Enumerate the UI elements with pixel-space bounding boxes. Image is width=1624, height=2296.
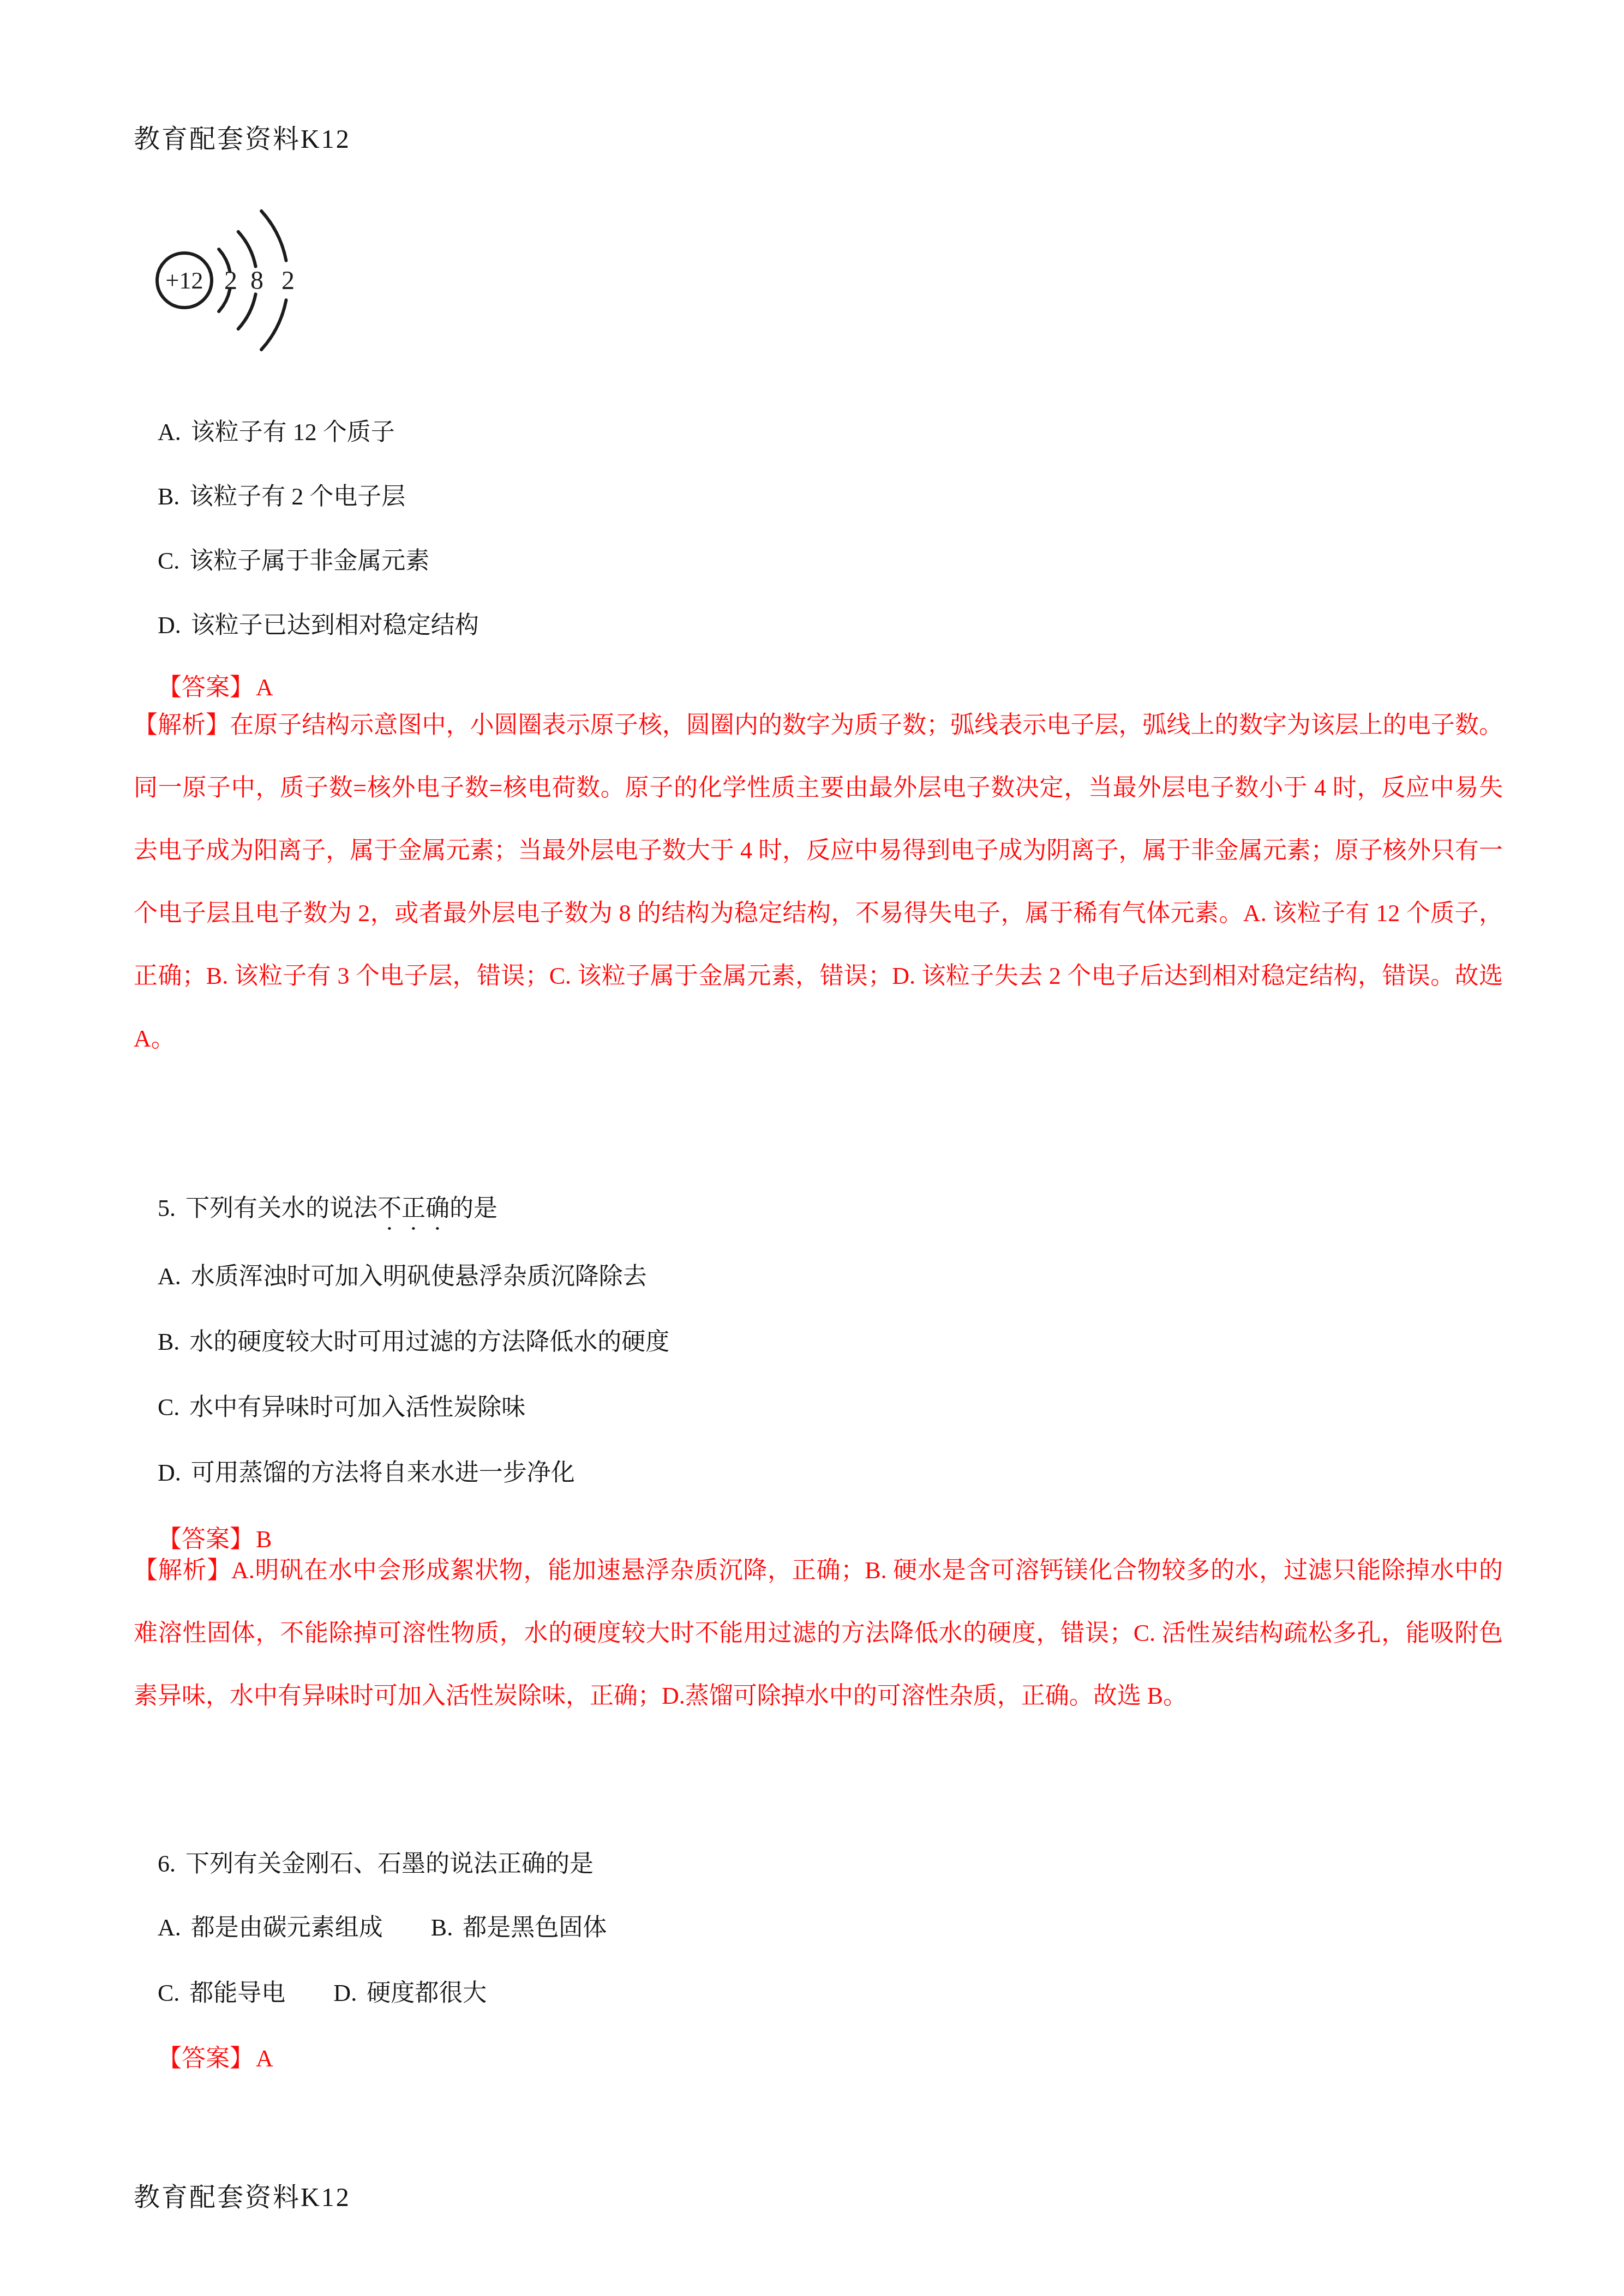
analysis-text: A.明矾在水中会形成絮状物，能加速悬浮杂质沉降，正确；B. 硬水是含可溶钙镁化合… (134, 1557, 1503, 1709)
shell2-electron-count: 8 (250, 266, 263, 295)
shell1-electron-count: 2 (224, 266, 237, 295)
stem-emphasized-text: 不正确 (377, 1195, 450, 1222)
analysis-tag: 【解析】 (134, 1557, 231, 1584)
q5-analysis: 【解析】A.明矾在水中会形成絮状物，能加速悬浮杂质沉降，正确；B. 硬水是含可溶… (134, 1539, 1503, 1727)
option-text: 硬度都很大 (367, 1980, 487, 2006)
analysis-tag: 【解析】 (134, 712, 230, 738)
option-text: 该粒子有 2 个电子层 (189, 483, 405, 510)
page-footer: 教育配套资料K12 (134, 2176, 351, 2214)
nucleus-charge-label: +12 (166, 267, 203, 294)
option-text: 该粒子有 12 个质子 (191, 419, 395, 446)
option-text: 水质浑浊时可加入明矾使悬浮杂质沉降除去 (191, 1263, 647, 1290)
option-text: 都能导电 (189, 1980, 285, 2006)
option-text: 该粒子已达到相对稳定结构 (191, 612, 479, 639)
option-label: C. (158, 1394, 179, 1421)
electron-shell-arc (261, 300, 286, 350)
option-text: 都是由碳元素组成 (191, 1914, 383, 1941)
option-label: A. (158, 1263, 181, 1290)
shell3-electron-count: 2 (281, 266, 295, 295)
answer-tag: 【答案】 (158, 2045, 254, 2072)
option-label: B. (158, 483, 179, 510)
q6-answer-line: 【答案】A (134, 2013, 273, 2103)
option-label: D. (333, 1980, 357, 2006)
option-label: B. (431, 1914, 453, 1941)
electron-shell-arc (261, 211, 286, 261)
option-label: D. (158, 1459, 181, 1486)
atomic-structure-diagram: +12 2 8 2 (135, 203, 370, 366)
question-number: 5. (158, 1195, 176, 1222)
option-text: 水中有异味时可加入活性炭除味 (189, 1394, 525, 1421)
stem-text: 下列有关金刚石、石墨的说法正确的是 (185, 1850, 594, 1877)
page-header: 教育配套资料K12 (134, 118, 351, 155)
option-text: 该粒子属于非金属元素 (189, 548, 429, 574)
q4-analysis: 【解析】在原子结构示意图中，小圆圈表示原子核，圆圈内的数字为质子数；弧线表示电子… (134, 694, 1503, 1070)
analysis-text: 在原子结构示意图中，小圆圈表示原子核，圆圈内的数字为质子数；弧线表示电子层，弧线… (134, 712, 1503, 1052)
option-label: C. (158, 1980, 179, 2006)
stem-text: 下列有关水的说法 (185, 1195, 377, 1222)
question-number: 6. (158, 1850, 176, 1877)
option-label: A. (158, 419, 181, 446)
document-page: 教育配套资料K12 +12 2 8 2 A.该粒子有 12 个质子 B.该粒子有… (0, 0, 1624, 2296)
option-label: C. (158, 548, 179, 574)
answer-value: A (256, 2045, 273, 2072)
option-text: 水的硬度较大时可用过滤的方法降低水的硬度 (189, 1329, 669, 1355)
option-label: B. (158, 1329, 179, 1355)
electron-shell-arc (238, 232, 256, 267)
option-label: A. (158, 1914, 181, 1941)
electron-shell-arc (238, 294, 256, 329)
stem-text: 的是 (450, 1195, 498, 1222)
option-label: D. (158, 612, 181, 639)
option-text: 都是黑色固体 (463, 1914, 607, 1941)
option-text: 可用蒸馏的方法将自来水进一步净化 (191, 1459, 575, 1486)
